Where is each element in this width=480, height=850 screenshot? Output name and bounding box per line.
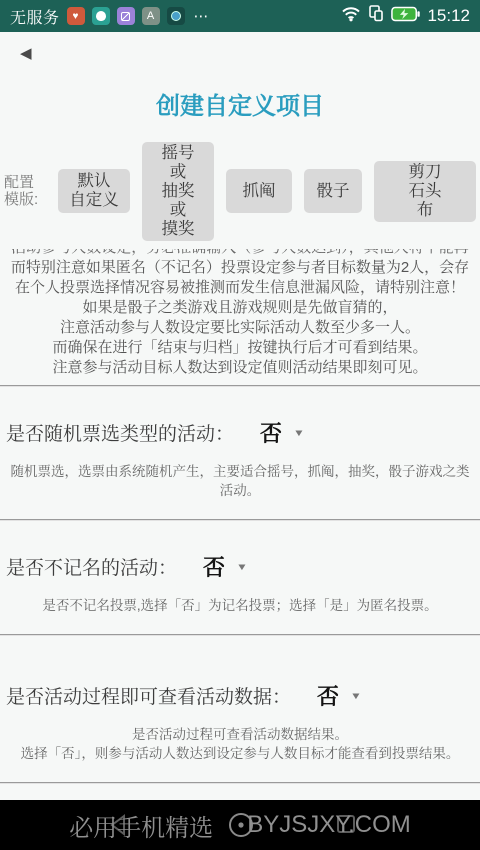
battery-icon — [391, 6, 420, 27]
nav-recents-icon[interactable] — [336, 814, 356, 839]
heart-app-icon: ♥ — [67, 7, 85, 25]
page-title: 创建自定义项目 — [0, 32, 480, 121]
chevron-down-icon: ▼ — [350, 690, 362, 701]
intro-clipped-line: 活动参与人数设定，务必准确输入（参与人数达到），其他人将不能再参与。 — [6, 249, 474, 258]
intro-line: 注意参与活动目标人数达到设定值则活动结果即刻可见。 — [6, 358, 474, 378]
random-vote-dropdown[interactable]: 否 ▼ — [260, 417, 305, 448]
question-label: 是否不记名的活动： — [6, 553, 177, 580]
template-picker-label: 配置 模版: — [4, 174, 46, 208]
dropdown-value: 否 — [203, 551, 225, 582]
intro-notes: 活动参与人数设定，务必准确输入（参与人数达到），其他人将不能再参与。 而特别注意… — [0, 249, 480, 378]
a-app-icon: A — [142, 7, 160, 25]
teal-app-icon — [92, 7, 110, 25]
anonymous-dropdown[interactable]: 否 ▼ — [203, 551, 248, 582]
wifi-icon — [341, 6, 361, 27]
chevron-down-icon: ▼ — [293, 427, 305, 438]
question-label: 是否活动过程即可查看活动数据： — [6, 682, 291, 709]
setting-description: 是否活动过程可查看活动数据结果。 选择「否」，则参与活动人数达到设定参与人数目标… — [6, 725, 474, 763]
setting-new-options-during: 是否能够在活动已进行的过程中新建选项： 否 ▼ — [0, 784, 480, 800]
intro-line: 而特别注意如果匿名（不记名）投票设定参与者目标数量为2人，会存在个人投票选择情况… — [6, 258, 474, 298]
carrier-label: 无服务 — [10, 5, 60, 28]
view-data-dropdown[interactable]: 否 ▼ — [317, 680, 362, 711]
setting-view-data-during: 是否活动过程即可查看活动数据： 否 ▼ 是否活动过程可查看活动数据结果。 选择「… — [0, 636, 480, 775]
back-button[interactable]: ◀ — [20, 44, 32, 62]
template-option-default-custom[interactable]: 默认 自定义 — [58, 169, 130, 213]
more-notifications-icon: ⋯ — [194, 7, 210, 25]
watermark-text-url: BYJSJXY.COM — [247, 811, 411, 839]
phone-screen: 无服务 ♥ A ⋯ — [0, 0, 480, 850]
copy-pages-icon — [368, 5, 384, 27]
template-option-dice[interactable]: 骰子 — [304, 169, 362, 213]
intro-line: 如果是骰子之类游戏且游戏规则是先做盲猜的， — [6, 298, 474, 318]
template-picker: 配置 模版: 默认 自定义 摇号 或 抽奖 或 摸奖 抓阄 骰子 剪刀 石头 布 — [0, 145, 480, 237]
android-nav-bar: 必用手机精选 BYJSJXY.COM — [0, 800, 480, 850]
intro-line: 注意活动参与人数设定要比实际活动人数至少多一人。 — [6, 318, 474, 338]
watermark-text-cn: 必用手机精选 — [69, 808, 213, 843]
setting-anonymous: 是否不记名的活动： 否 ▼ 是否不记名投票,选择「否」为记名投票；选择「是」为匿… — [0, 521, 480, 627]
chevron-down-icon: ▼ — [236, 561, 248, 572]
template-option-rock-paper-scissors[interactable]: 剪刀 石头 布 — [374, 161, 476, 222]
page-content: ◀ 创建自定义项目 配置 模版: 默认 自定义 摇号 或 抽奖 或 摸奖 抓阄 … — [0, 32, 480, 800]
intro-line: 而确保在进行「结束与归档」按键执行后才可看到结果。 — [6, 338, 474, 358]
circle-app-icon — [167, 7, 185, 25]
setting-description: 随机票选，选票由系统随机产生，主要适合摇号，抓阄，抽奖，骰子游戏之类活动。 — [6, 462, 474, 500]
purple-app-icon — [117, 7, 135, 25]
nav-home-icon[interactable] — [228, 812, 254, 843]
dropdown-value: 否 — [260, 417, 282, 448]
dropdown-value: 否 — [317, 680, 339, 711]
setting-random-vote: 是否随机票选类型的活动： 否 ▼ 随机票选，选票由系统随机产生，主要适合摇号，抓… — [0, 387, 480, 512]
question-label: 是否随机票选类型的活动： — [6, 419, 234, 446]
status-bar: 无服务 ♥ A ⋯ — [0, 0, 480, 32]
template-option-draw-lots[interactable]: 抓阄 — [226, 169, 292, 213]
clock: 15:12 — [427, 6, 470, 26]
template-option-lottery[interactable]: 摇号 或 抽奖 或 摸奖 — [142, 142, 214, 241]
setting-description: 是否不记名投票,选择「否」为记名投票；选择「是」为匿名投票。 — [6, 596, 474, 615]
nav-back-icon[interactable] — [108, 814, 128, 841]
